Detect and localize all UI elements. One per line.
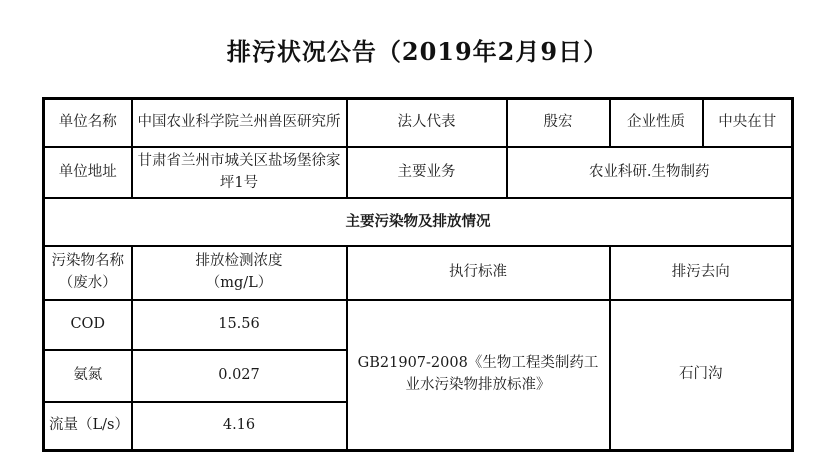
main-business-value: 农业科研.生物制药 bbox=[507, 147, 793, 198]
table-row-section-header: 主要污染物及排放情况 bbox=[44, 198, 793, 246]
enterprise-nature-label: 企业性质 bbox=[610, 99, 703, 148]
pollutant-value-ammonia: 0.027 bbox=[132, 350, 347, 402]
table-row-unit-address: 单位地址 甘肃省兰州市城关区盐场堡徐家坪1号 主要业务 农业科研.生物制药 bbox=[44, 147, 793, 198]
section-header: 主要污染物及排放情况 bbox=[44, 198, 793, 246]
unit-address-label: 单位地址 bbox=[44, 147, 132, 198]
column-header-concentration: 排放检测浓度 （mg/L） bbox=[132, 246, 347, 300]
unit-name-label: 单位名称 bbox=[44, 99, 132, 148]
pollutant-name-cod: COD bbox=[44, 300, 132, 350]
pollutant-value-flow: 4.16 bbox=[132, 402, 347, 451]
destination-value: 石门沟 bbox=[610, 300, 793, 451]
pollutant-name-flow: 流量（L/s） bbox=[44, 402, 132, 451]
unit-address-value: 甘肃省兰州市城关区盐场堡徐家坪1号 bbox=[132, 147, 347, 198]
main-business-label: 主要业务 bbox=[347, 147, 507, 198]
announcement-page: 排污状况公告（2019年2月9日） 单位名称 中国农业科学院兰州兽医研究所 法人… bbox=[0, 0, 835, 469]
column-header-pollutant-name: 污染物名称 （废水） bbox=[44, 246, 132, 300]
legal-rep-label: 法人代表 bbox=[347, 99, 507, 148]
pollutant-value-cod: 15.56 bbox=[132, 300, 347, 350]
column-header-destination: 排污去向 bbox=[610, 246, 793, 300]
pollution-announcement-table: 单位名称 中国农业科学院兰州兽医研究所 法人代表 殷宏 企业性质 中央在甘 单位… bbox=[42, 97, 794, 452]
standard-value: GB21907-2008《生物工程类制药工业水污染物排放标准》 bbox=[347, 300, 610, 451]
table-row-unit-name: 单位名称 中国农业科学院兰州兽医研究所 法人代表 殷宏 企业性质 中央在甘 bbox=[44, 99, 793, 148]
pollutant-name-ammonia: 氨氮 bbox=[44, 350, 132, 402]
unit-name-value: 中国农业科学院兰州兽医研究所 bbox=[132, 99, 347, 148]
column-header-standard: 执行标准 bbox=[347, 246, 610, 300]
page-title: 排污状况公告（2019年2月9日） bbox=[0, 0, 835, 68]
legal-rep-value: 殷宏 bbox=[507, 99, 610, 148]
table-row-cod: COD 15.56 GB21907-2008《生物工程类制药工业水污染物排放标准… bbox=[44, 300, 793, 350]
table-row-column-headers: 污染物名称 （废水） 排放检测浓度 （mg/L） 执行标准 排污去向 bbox=[44, 246, 793, 300]
enterprise-nature-value: 中央在甘 bbox=[703, 99, 793, 148]
